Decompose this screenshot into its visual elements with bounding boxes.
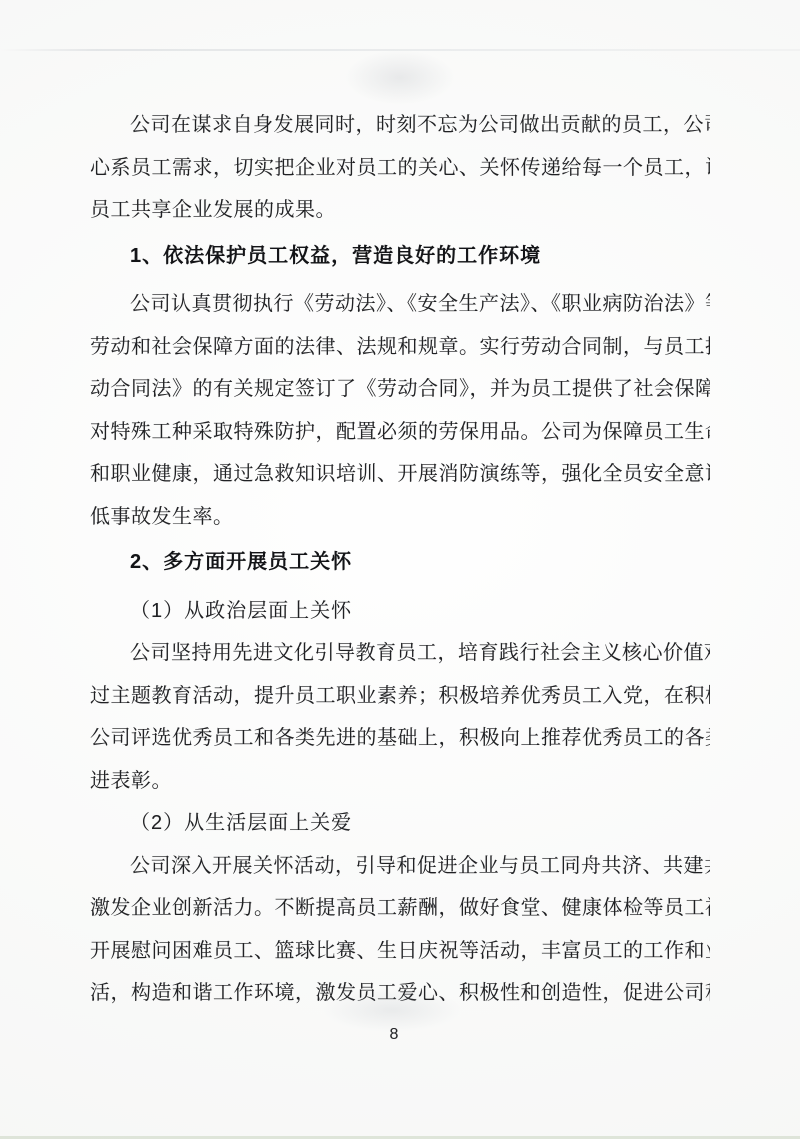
scan-smudge-top <box>345 50 455 105</box>
document-body: 公司在谋求自身发展同时，时刻不忘为公司做出贡献的员工，公司领导心系员工需求，切实… <box>90 104 710 1015</box>
text-line: 公司认真贯彻执行《劳动法》、《安全生产法》、《职业病防治法》等 <box>90 283 710 326</box>
text-line: 公司深入开展关怀活动，引导和促进企业与员工同舟共济、共建共享， <box>90 845 710 888</box>
text-line: 对特殊工种采取特殊防护，配置必须的劳保用品。公司为保障员工生命安全 <box>90 411 710 454</box>
text-line: 劳动和社会保障方面的法律、法规和规章。实行劳动合同制，与员工按照《劳 <box>90 326 710 369</box>
text-line: 低事故发生率。 <box>90 496 710 539</box>
subsection-2-paragraph: 公司深入开展关怀活动，引导和促进企业与员工同舟共济、共建共享，激发企业创新活力。… <box>90 845 710 1015</box>
intro-paragraph: 公司在谋求自身发展同时，时刻不忘为公司做出贡献的员工，公司领导心系员工需求，切实… <box>90 104 710 232</box>
subsection-2-heading: （2）从生活层面上关爱 <box>90 802 710 845</box>
subsection-1-paragraph: 公司坚持用先进文化引导教育员工，培育践行社会主义核心价值观。通过主题教育活动，提… <box>90 632 710 802</box>
text-line: 开展慰问困难员工、篮球比赛、生日庆祝等活动，丰富员工的工作和业余生 <box>90 930 710 973</box>
text-line: 和职业健康，通过急救知识培训、开展消防演练等，强化全员安全意识，降 <box>90 453 710 496</box>
text-line: 动合同法》的有关规定签订了《劳动合同》，并为员工提供了社会保障计划。 <box>90 368 710 411</box>
text-line: 心系员工需求，切实把企业对员工的关心、关怀传递给每一个员工，让全体 <box>90 147 710 190</box>
text-line: 公司评选优秀员工和各类先进的基础上，积极向上推荐优秀员工的各类先 <box>90 717 710 760</box>
page-number: 8 <box>0 1025 788 1045</box>
section-1-heading: 1、依法保护员工权益，营造良好的工作环境 <box>90 235 710 278</box>
subsection-1-heading: （1）从政治层面上关怀 <box>90 590 710 633</box>
text-line: 活，构造和谐工作环境，激发员工爱心、积极性和创造性，促进公司和谐发 <box>90 972 710 1015</box>
text-line: 公司坚持用先进文化引导教育员工，培育践行社会主义核心价值观。通 <box>90 632 710 675</box>
text-line: 激发企业创新活力。不断提高员工薪酬，做好食堂、健康体检等员工福利。 <box>90 887 710 930</box>
text-line: 过主题教育活动，提升员工职业素养；积极培养优秀员工入党，在积极做好 <box>90 675 710 718</box>
scanned-document-page: 公司在谋求自身发展同时，时刻不忘为公司做出贡献的员工，公司领导心系员工需求，切实… <box>0 0 800 1139</box>
scan-artifact-line <box>0 49 800 51</box>
section-2-heading: 2、多方面开展员工关怀 <box>90 541 710 584</box>
text-line: 进表彰。 <box>90 760 710 803</box>
text-line: 公司在谋求自身发展同时，时刻不忘为公司做出贡献的员工，公司领导 <box>90 104 710 147</box>
text-line: 员工共享企业发展的成果。 <box>90 189 710 232</box>
section-1-paragraph: 公司认真贯彻执行《劳动法》、《安全生产法》、《职业病防治法》等劳动和社会保障方面… <box>90 283 710 538</box>
